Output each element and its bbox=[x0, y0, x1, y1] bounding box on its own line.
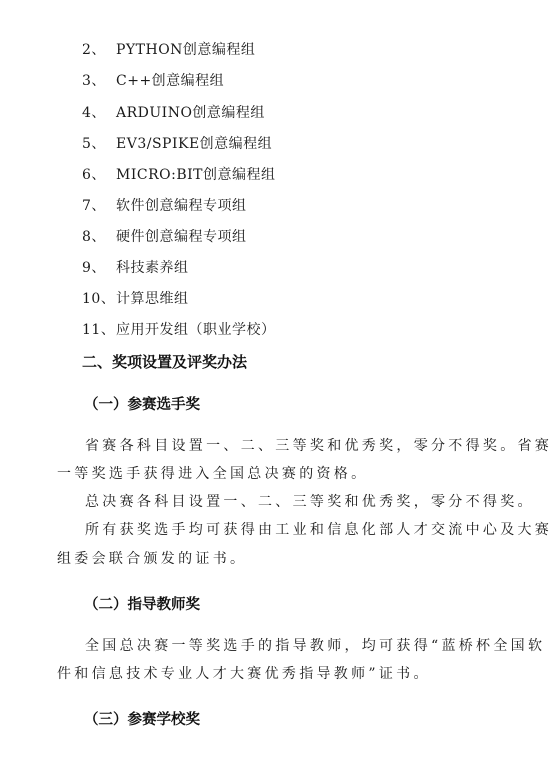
list-number: 7、 bbox=[82, 197, 116, 215]
paragraph-line: 总决赛各科目设置一、二、三等奖和优秀奖，零分不得奖。 bbox=[85, 493, 535, 511]
subsection-heading: （二）指导教师奖 bbox=[84, 595, 200, 615]
list-label: ARDUINO创意编程组 bbox=[116, 105, 265, 121]
list-item: 3、C++创意编程组 bbox=[82, 72, 224, 90]
subsection-heading: （三）参赛学校奖 bbox=[84, 710, 200, 730]
list-number: 2、 bbox=[82, 41, 116, 59]
list-item: 10、计算思维组 bbox=[82, 290, 189, 308]
list-item: 6、MICRO:BIT创意编程组 bbox=[82, 166, 275, 184]
document-page: 2、PYTHON创意编程组 3、C++创意编程组 4、ARDUINO创意编程组 … bbox=[0, 0, 559, 782]
paragraph-line: 一等奖选手获得进入全国总决赛的资格。 bbox=[57, 465, 368, 483]
list-number: 11、 bbox=[82, 321, 116, 339]
list-item: 4、ARDUINO创意编程组 bbox=[82, 104, 265, 122]
list-label: 科技素养组 bbox=[116, 260, 189, 276]
list-number: 10、 bbox=[82, 290, 116, 308]
list-number: 8、 bbox=[82, 228, 116, 246]
list-label: 软件创意编程专项组 bbox=[116, 198, 247, 214]
list-item: 9、科技素养组 bbox=[82, 259, 189, 277]
paragraph-line: 省赛各科目设置一、二、三等奖和优秀奖，零分不得奖。省赛 bbox=[85, 437, 552, 455]
paragraph-line: 所有获奖选手均可获得由工业和信息化部人才交流中心及大赛 bbox=[85, 521, 552, 539]
list-label: PYTHON创意编程组 bbox=[116, 42, 255, 58]
list-label: 硬件创意编程专项组 bbox=[116, 229, 247, 245]
paragraph-line: 组委会联合颁发的证书。 bbox=[57, 550, 247, 568]
list-number: 9、 bbox=[82, 259, 116, 277]
list-item: 8、硬件创意编程专项组 bbox=[82, 228, 247, 246]
list-item: 5、EV3/SPIKE创意编程组 bbox=[82, 135, 272, 153]
list-item: 11、应用开发组（职业学校） bbox=[82, 321, 276, 339]
subsection-heading: （一）参赛选手奖 bbox=[84, 395, 200, 415]
list-label: EV3/SPIKE创意编程组 bbox=[116, 136, 272, 152]
list-item: 7、软件创意编程专项组 bbox=[82, 197, 247, 215]
list-label: 计算思维组 bbox=[116, 291, 189, 307]
list-number: 6、 bbox=[82, 166, 116, 184]
list-number: 4、 bbox=[82, 104, 116, 122]
paragraph-line: 全国总决赛一等奖选手的指导教师，均可获得“蓝桥杯全国软 bbox=[85, 637, 545, 655]
paragraph-line: 件和信息技术专业人才大赛优秀指导教师”证书。 bbox=[57, 665, 431, 683]
list-number: 3、 bbox=[82, 72, 116, 90]
section-heading: 二、奖项设置及评奖办法 bbox=[82, 352, 247, 372]
list-number: 5、 bbox=[82, 135, 116, 153]
list-item: 2、PYTHON创意编程组 bbox=[82, 41, 255, 59]
list-label: C++创意编程组 bbox=[116, 73, 224, 89]
list-label: 应用开发组（职业学校） bbox=[116, 322, 276, 338]
list-label: MICRO:BIT创意编程组 bbox=[116, 167, 275, 183]
